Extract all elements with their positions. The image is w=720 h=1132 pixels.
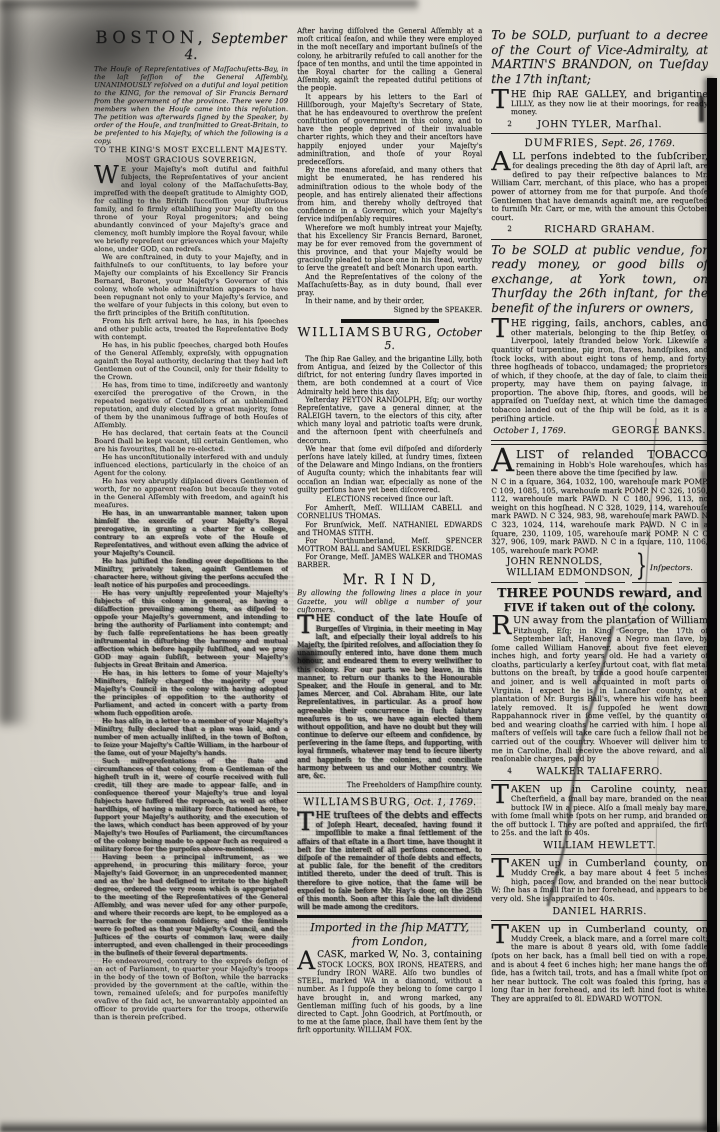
- signature-name: WILLIAM HEWLETT.: [543, 840, 656, 851]
- paragraph: N C in a ſquare, 364, 1032, 100, warehou…: [491, 478, 708, 555]
- paragraph: A CASK, marked W, No. 3, containing STOC…: [297, 950, 482, 1034]
- dateline-place: DUMFRIES,: [524, 137, 598, 149]
- insertion-number: 2: [507, 225, 512, 233]
- column-middle: After having diſſolved the General Aſſem…: [297, 27, 482, 1083]
- section-rule: [491, 440, 708, 445]
- paragraph: It appears by his letters to the Earl of…: [297, 93, 482, 167]
- paragraph: ALL perſons indebted to the ſubſcriber, …: [491, 151, 708, 222]
- brace-glyph: }: [636, 551, 647, 585]
- smallcaps-line: MOST GRACIOUS SOVEREIGN,: [94, 156, 288, 164]
- signature-name: GEORGE BANKS.: [612, 425, 706, 436]
- dateline-place: BOSTON,: [95, 28, 207, 47]
- ad-italic-heading: Imported in the ſhip MATTY, from London,: [297, 921, 482, 948]
- signature-line: DANIEL HARRIS.: [491, 906, 708, 917]
- edge-mark: [701, 470, 705, 530]
- ad-headline: THREE POUNDS reward, and: [491, 586, 708, 601]
- paragraph: For Amherſt, Meſſ. WILLIAM CABELL and CO…: [297, 504, 482, 520]
- paragraph: WE your Majeſty's moſt dutiful and faith…: [94, 165, 288, 253]
- italic-paragraph: By allowing the following lines a place …: [297, 589, 482, 614]
- paragraph: He has, in an unwarrantable manner, take…: [94, 509, 288, 557]
- paragraph: We are conſtrained, in duty to your Maje…: [94, 253, 288, 317]
- paragraph: THE rigging, ſails, anchors, cables, and…: [491, 318, 708, 424]
- paragraph: He has declared, that certain ſeats at t…: [94, 429, 288, 453]
- paragraph: THE conduct of the late Houſe of Burgeſſ…: [297, 614, 482, 780]
- paragraph: He has, in his letters to ſome of your M…: [94, 669, 288, 717]
- ad-italic-heading: To be SOLD, purſuant to a decree of the …: [491, 28, 708, 87]
- paragraph: In their name, and by their order,: [297, 297, 482, 305]
- smallcaps-line: TO THE KING'S MOST EXCELLENT MAJESTY.: [94, 146, 288, 154]
- paragraph: RUN away from the plantation of William …: [491, 615, 708, 763]
- dateline-date: Sept. 26, 1769.: [599, 138, 675, 149]
- section-rule: [491, 133, 708, 134]
- letter-heading: Mr. R I N D,: [297, 573, 482, 589]
- insertion-number: 2: [507, 120, 512, 128]
- insertion-number: 4: [507, 767, 512, 775]
- paragraph: Yeſterday PEYTON RANDOLPH, Eſq; our wort…: [297, 396, 482, 445]
- right-aligned-line: The Freeholders of Hampſhire county.: [297, 781, 482, 789]
- paragraph: Having been a principal inſtrument, as w…: [94, 853, 288, 957]
- edge-mark: [699, 96, 704, 122]
- inspector-name: WILLIAM EDMONDSON,: [507, 568, 634, 579]
- paragraph: He has juſtified the ſending over depoſi…: [94, 557, 288, 589]
- signature-line: 2RICHARD GRAHAM.: [491, 224, 708, 235]
- paragraph: TAKEN up in Cumberland county, on Muddy …: [491, 858, 708, 903]
- signature-date: October 1, 1769.: [493, 427, 566, 437]
- signature-name: DANIEL HARRIS.: [552, 906, 647, 917]
- italic-paragraph: The Houſe of Repreſentatives of Maſſachu…: [94, 65, 288, 145]
- signature-name: JOHN TYLER, Marſhal.: [537, 119, 662, 130]
- paragraph: THE truſtees of the debts and effects of…: [297, 811, 482, 912]
- inspectors-block: JOHN RENNOLDS,WILLIAM EDMONDSON,}Inſpect…: [491, 557, 708, 578]
- paragraph: He has, in his public ſpeeches, charged …: [94, 341, 288, 381]
- inspectors-label: Inſpectors.: [650, 563, 693, 572]
- paragraph: Wherefore we moſt humbly intreat your Ma…: [297, 224, 482, 273]
- paragraph: For Brunſwick, Meſſ. NATHANIEL EDWARDS a…: [297, 521, 482, 537]
- section-rule: [491, 780, 708, 781]
- paragraph: He has alſo, in a letter to a member of …: [94, 717, 288, 757]
- paragraph: From his firſt arrival here, he has, in …: [94, 317, 288, 341]
- signature-name: WALKER TALIAFERRO.: [536, 766, 662, 777]
- dateline-place: WILLIAMSBURG,: [303, 796, 410, 808]
- paragraph: And the Repreſentatives of the colony of…: [297, 273, 482, 298]
- column-left: BOSTON, September 4.The Houſe of Repreſe…: [94, 27, 288, 1083]
- dateline: BOSTON, September 4.: [94, 28, 288, 63]
- section-rule: [491, 854, 708, 855]
- paragraph: He has, from time to time, indiſcreetly …: [94, 381, 288, 429]
- paragraph: He has unconſtitutionally interfered wit…: [94, 453, 288, 477]
- dateline-date: Oct. 1, 1769.: [411, 797, 476, 808]
- signature-line: WILLIAM HEWLETT.: [491, 840, 708, 851]
- section-rule: [491, 239, 708, 240]
- paragraph: TAKEN up in Caroline county, near Cheſte…: [491, 784, 708, 838]
- text-columns: BOSTON, September 4.The Houſe of Repreſe…: [94, 27, 708, 1083]
- ad-headline: FIVE if taken out of the colony.: [491, 602, 708, 615]
- paragraph: He endeavoured, contrary to the expreſs …: [94, 957, 288, 1021]
- dateline: WILLIAMSBURG, October 5.: [297, 325, 482, 353]
- section-rule: [341, 319, 439, 324]
- paragraph: THE ſhip RAE GALLEY, and brigantine LILL…: [491, 89, 708, 117]
- paragraph: We hear that ſome evil diſpoſed and diſo…: [297, 445, 482, 494]
- section-rule: [491, 920, 708, 921]
- newspaper-page-scan: BOSTON, September 4.The Houſe of Repreſe…: [0, 0, 720, 1132]
- dateline-place: WILLIAMSBURG,: [298, 324, 434, 339]
- signature-name: RICHARD GRAHAM.: [544, 224, 655, 235]
- section-rule: [297, 915, 482, 918]
- ad-italic-heading: To be SOLD at public vendue, for ready m…: [491, 243, 708, 316]
- paragraph: He has very abruptly diſplaced divers Ge…: [94, 477, 288, 509]
- dateline: DUMFRIES, Sept. 26, 1769.: [491, 137, 708, 149]
- paragraph: The ſhip Rae Galley, and the brigantine …: [297, 355, 482, 396]
- centered-line: ELECTIONS received ſince our laſt.: [297, 495, 482, 503]
- paragraph: By the means aforeſaid, and many others …: [297, 166, 482, 223]
- column-right: To be SOLD, purſuant to a decree of the …: [491, 27, 708, 1083]
- paragraph: A LIST of relanded TOBACCO remaining in …: [491, 448, 708, 478]
- paragraph: He has very unjuſtly repreſented your Ma…: [94, 589, 288, 669]
- date-signature-line: October 1, 1769.GEORGE BANKS.: [493, 425, 706, 437]
- section-rule: [491, 582, 708, 583]
- paragraph: After having diſſolved the General Aſſem…: [297, 27, 482, 93]
- section-rule: [297, 792, 482, 793]
- paragraph: Such miſrepreſentations of the ſtate and…: [94, 757, 288, 853]
- paragraph: TAKEN up in Cumberland county, on Muddy …: [491, 924, 708, 1004]
- signature-line: 4WALKER TALIAFERRO.: [491, 766, 708, 777]
- signature-line: 2JOHN TYLER, Marſhal.: [491, 119, 708, 130]
- dateline: WILLIAMSBURG, Oct. 1, 1769.: [297, 796, 482, 808]
- right-aligned-line: Signed by the SPEAKER.: [297, 306, 482, 314]
- paragraph: For Orange, Meſſ. JAMES WALKER and THOMA…: [297, 553, 482, 569]
- paragraph: For Northumberland, Meſſ. SPENCER MOTTRO…: [297, 537, 482, 553]
